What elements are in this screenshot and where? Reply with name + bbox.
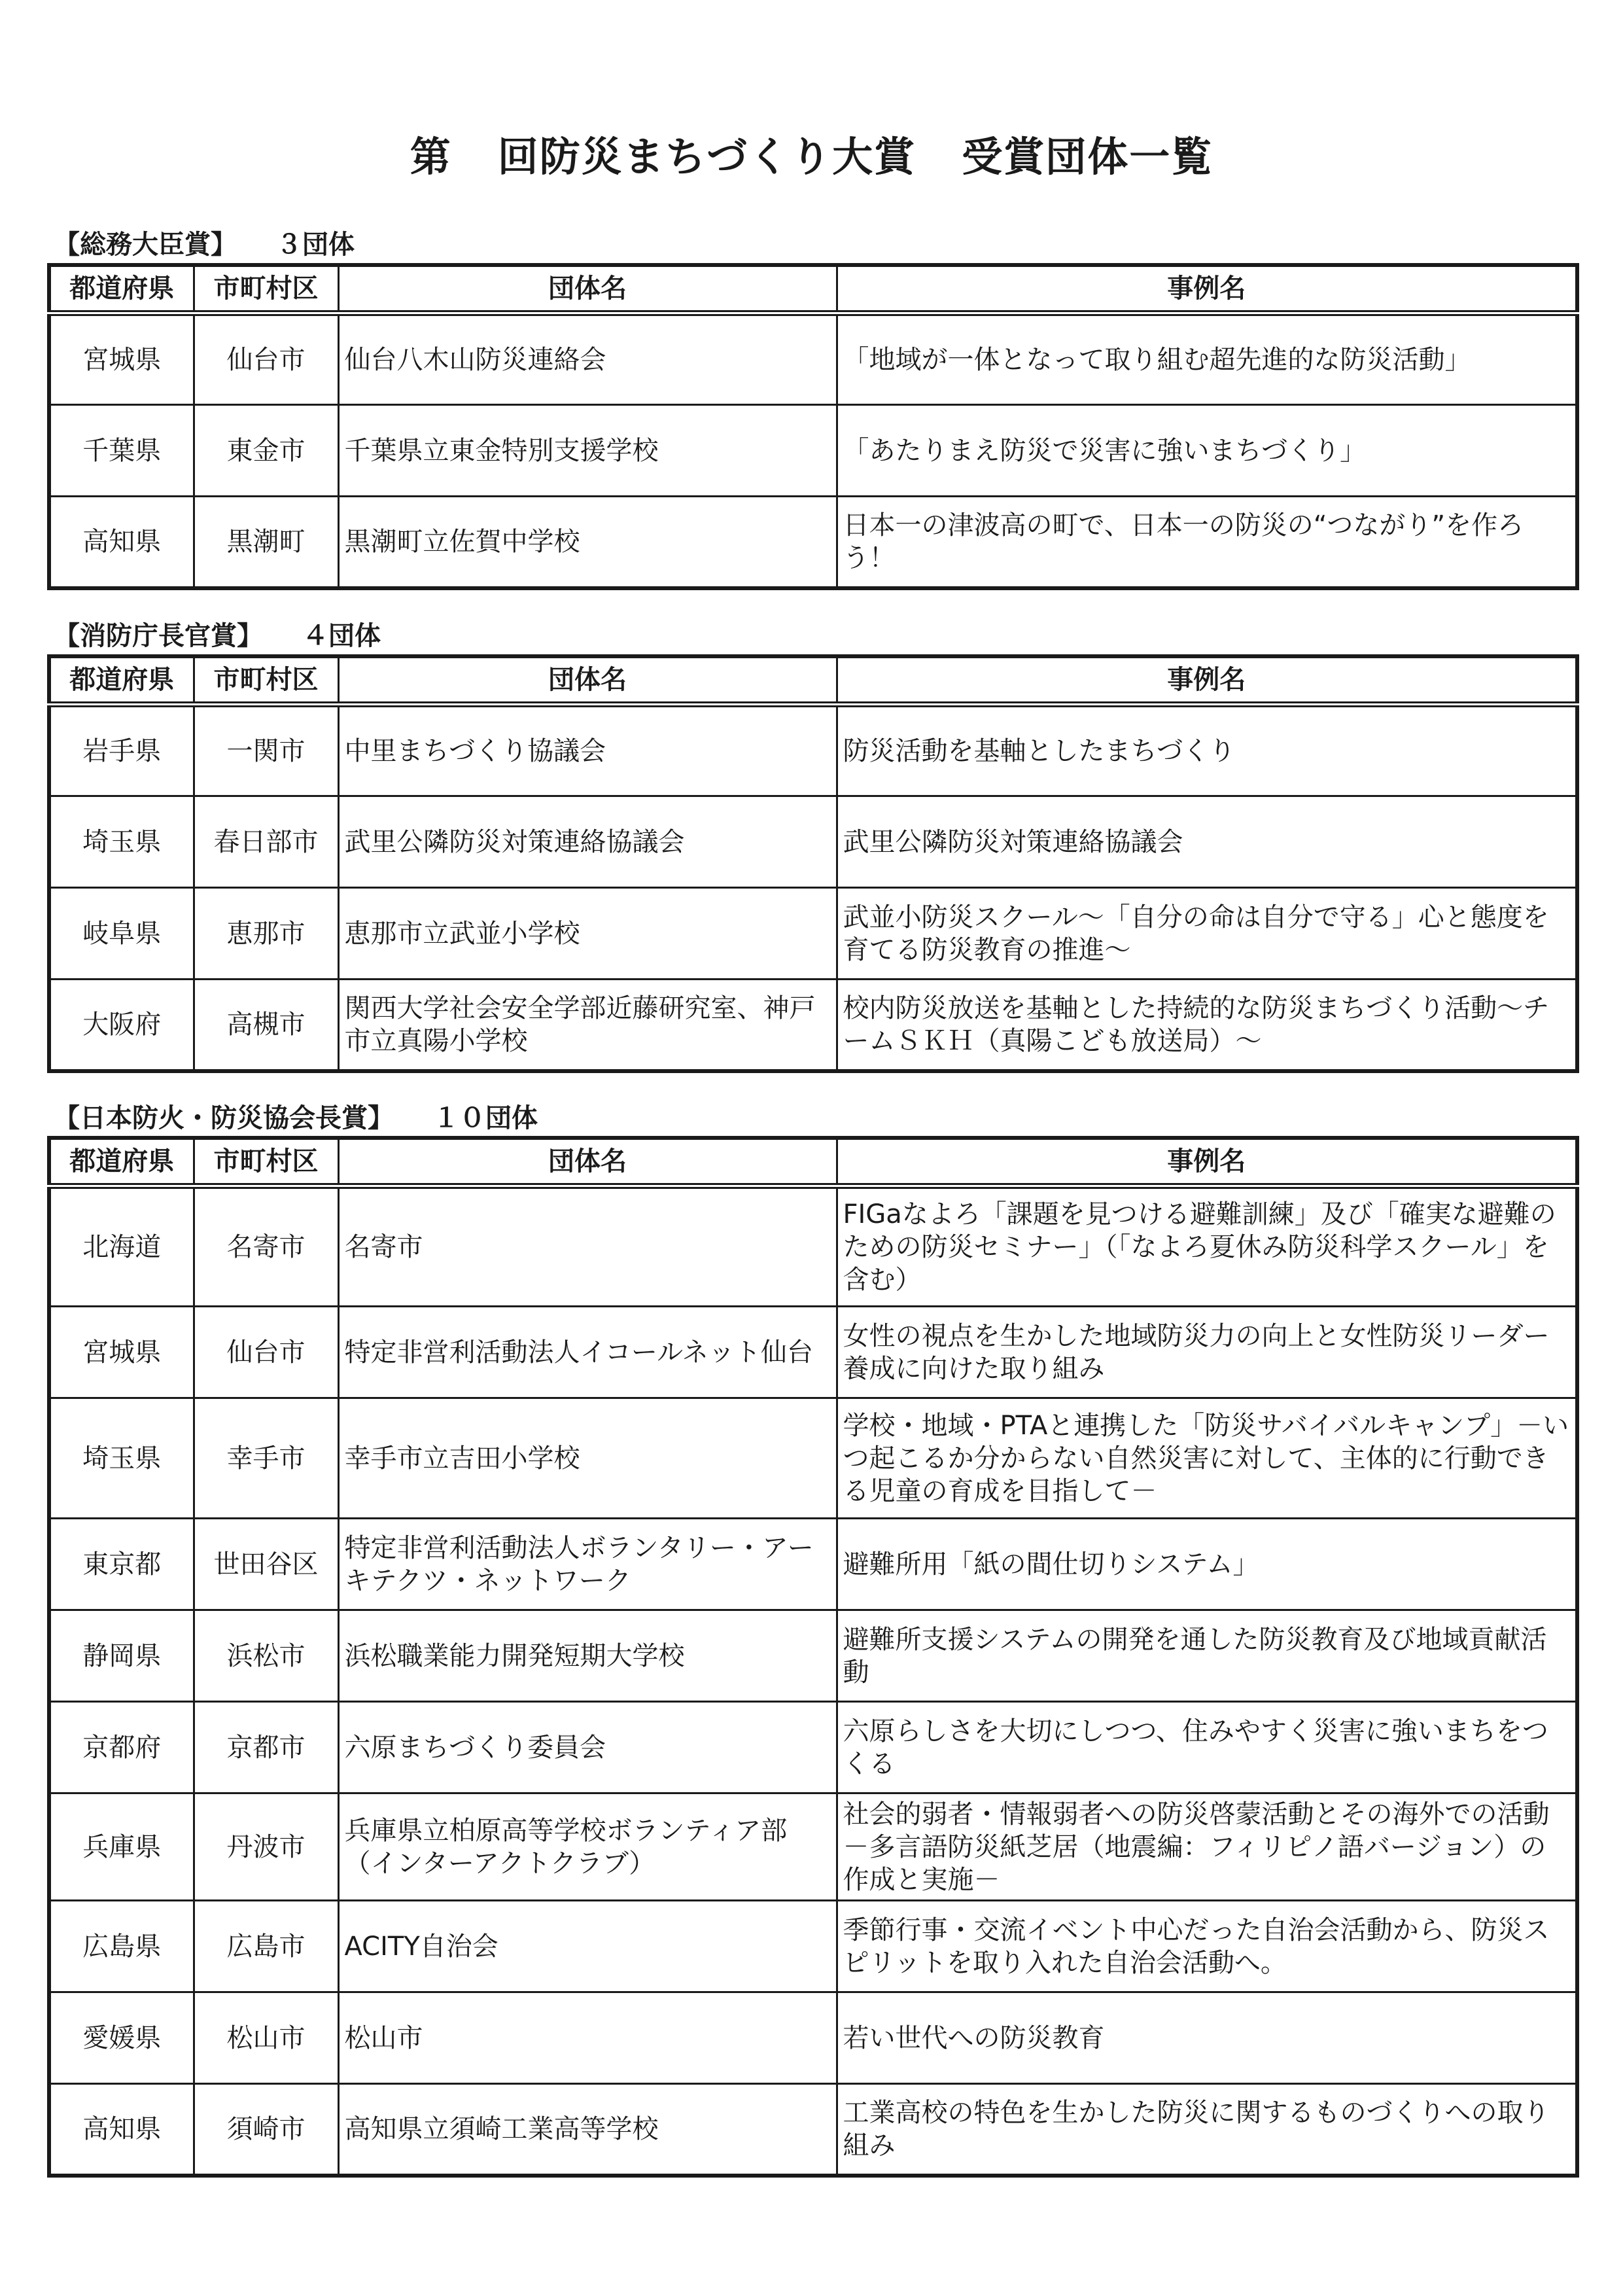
municipality-cell: 広島市 [194,1901,338,1992]
organization-cell: 関西大学社会安全学部近藤研究室、神戸市立真陽小学校 [338,980,837,1071]
table-row: 岩手県一関市中里まちづくり協議会防災活動を基軸としたまちづくり [49,705,1577,796]
table-row: 広島県広島市ACITY自治会季節行事・交流イベント中心だった自治会活動から、防災… [49,1901,1577,1992]
prefecture-cell: 岩手県 [49,705,194,796]
prefecture-cell: 埼玉県 [49,1398,194,1519]
municipality-cell: 恵那市 [194,888,338,980]
header-prefecture: 都道府県 [49,656,194,705]
organization-cell: 恵那市立武並小学校 [338,888,837,980]
municipality-cell: 松山市 [194,1992,338,2084]
organization-cell: 松山市 [338,1992,837,2084]
municipality-cell: 須崎市 [194,2084,338,2176]
prefecture-cell: 大阪府 [49,980,194,1071]
prefecture-cell: 愛媛県 [49,1992,194,2084]
organization-cell: 黒潮町立佐賀中学校 [338,497,837,588]
municipality-cell: 幸手市 [194,1398,338,1519]
table-row: 北海道名寄市名寄市FIGaなよろ「課題を見つける避難訓練」及び「確実な避難のため… [49,1186,1577,1307]
header-municipality: 市町村区 [194,265,338,313]
organization-cell: 特定非営利活動法人ボランタリー・アーキテクツ・ネットワーク [338,1519,837,1610]
table-row: 宮城県仙台市仙台八木山防災連絡会「地域が一体となって取り組む超先進的な防災活動」 [49,313,1577,405]
table-row: 高知県黒潮町黒潮町立佐賀中学校日本一の津波高の町で、日本一の防災の“つながり”を… [49,497,1577,588]
award-table-fdma: 都道府県 市町村区 団体名 事例名 岩手県一関市中里まちづくり協議会防災活動を基… [47,654,1579,1073]
case-cell: 日本一の津波高の町で、日本一の防災の“つながり”を作ろう！ [837,497,1577,588]
case-cell: 「あたりまえ防災で災害に強いまちづくり」 [837,405,1577,497]
header-prefecture: 都道府県 [49,1138,194,1186]
case-cell: FIGaなよろ「課題を見つける避難訓練」及び「確実な避難のための防災セミナー」（… [837,1186,1577,1307]
title-prefix: 第 [410,133,452,181]
header-case: 事例名 [837,1138,1577,1186]
case-cell: 学校・地域・PTAと連携した「防災サバイバルキャンプ」－いつ起こるか分からない自… [837,1398,1577,1519]
case-cell: 若い世代への防災教育 [837,1992,1577,2084]
organization-cell: 名寄市 [338,1186,837,1307]
title-suffix: 受賞団体一覧 [962,133,1213,181]
municipality-cell: 春日部市 [194,796,338,888]
section-count: ４団体 [302,621,381,651]
table-header-row: 都道府県 市町村区 団体名 事例名 [49,656,1577,705]
organization-cell: 特定非営利活動法人イコールネット仙台 [338,1307,837,1398]
organization-cell: 兵庫県立柏原高等学校ボランティア部（インターアクトクラブ） [338,1793,837,1901]
prefecture-cell: 東京都 [49,1519,194,1610]
municipality-cell: 仙台市 [194,313,338,405]
table-row: 京都府京都市六原まちづくり委員会六原らしさを大切にしつつ、住みやすく災害に強いま… [49,1702,1577,1793]
case-cell: 工業高校の特色を生かした防災に関するものづくりへの取り組み [837,2084,1577,2176]
municipality-cell: 一関市 [194,705,338,796]
organization-cell: 千葉県立東金特別支援学校 [338,405,837,497]
header-organization: 団体名 [338,656,837,705]
organization-cell: 仙台八木山防災連絡会 [338,313,837,405]
case-cell: 六原らしさを大切にしつつ、住みやすく災害に強いまちをつくる [837,1702,1577,1793]
case-cell: 社会的弱者・情報弱者への防災啓蒙活動とその海外での活動－多言語防災紙芝居（地震編… [837,1793,1577,1901]
table-row: 千葉県東金市千葉県立東金特別支援学校「あたりまえ防災で災害に強いまちづくり」 [49,405,1577,497]
prefecture-cell: 北海道 [49,1186,194,1307]
table-row: 大阪府高槻市関西大学社会安全学部近藤研究室、神戸市立真陽小学校校内防災放送を基軸… [49,980,1577,1071]
municipality-cell: 京都市 [194,1702,338,1793]
table-row: 静岡県浜松市浜松職業能力開発短期大学校避難所支援システムの開発を通した防災教育及… [49,1610,1577,1702]
table-header-row: 都道府県 市町村区 団体名 事例名 [49,265,1577,313]
organization-cell: 幸手市立吉田小学校 [338,1398,837,1519]
organization-cell: 六原まちづくり委員会 [338,1702,837,1793]
prefecture-cell: 京都府 [49,1702,194,1793]
award-table-association: 都道府県 市町村区 団体名 事例名 北海道名寄市名寄市FIGaなよろ「課題を見つ… [47,1136,1579,2178]
case-cell: 校内防災放送を基軸とした持続的な防災まちづくり活動～チームＳＫＨ（真陽こども放送… [837,980,1577,1071]
prefecture-cell: 兵庫県 [49,1793,194,1901]
municipality-cell: 浜松市 [194,1610,338,1702]
table-row: 高知県須崎市高知県立須崎工業高等学校工業高校の特色を生かした防災に関するものづく… [49,2084,1577,2176]
section-count: １０団体 [433,1103,538,1133]
case-cell: 武里公隣防災対策連絡協議会 [837,796,1577,888]
title-main: 回防災まちづくり大賞 [498,133,916,181]
table-row: 愛媛県松山市松山市若い世代への防災教育 [49,1992,1577,2084]
table-row: 埼玉県幸手市幸手市立吉田小学校学校・地域・PTAと連携した「防災サバイバルキャン… [49,1398,1577,1519]
section-count: ３団体 [276,230,355,260]
municipality-cell: 名寄市 [194,1186,338,1307]
prefecture-cell: 広島県 [49,1901,194,1992]
prefecture-cell: 宮城県 [49,1307,194,1398]
page-title: 第回防災まちづくり大賞受賞団体一覧 [0,124,1623,183]
header-prefecture: 都道府県 [49,265,194,313]
municipality-cell: 黒潮町 [194,497,338,588]
municipality-cell: 高槻市 [194,980,338,1071]
header-municipality: 市町村区 [194,1138,338,1186]
case-cell: 避難所用「紙の間仕切りシステム」 [837,1519,1577,1610]
header-organization: 団体名 [338,265,837,313]
section-label-association: 【日本防火・防災協会長賞】１０団体 [54,1097,538,1135]
table-row: 岐阜県恵那市恵那市立武並小学校武並小防災スクール～「自分の命は自分で守る」心と態… [49,888,1577,980]
section-name: 【総務大臣賞】 [54,230,237,260]
case-cell: 季節行事・交流イベント中心だった自治会活動から、防災スピリットを取り入れた自治会… [837,1901,1577,1992]
prefecture-cell: 高知県 [49,2084,194,2176]
case-cell: 「地域が一体となって取り組む超先進的な防災活動」 [837,313,1577,405]
municipality-cell: 丹波市 [194,1793,338,1901]
header-municipality: 市町村区 [194,656,338,705]
section-name: 【日本防火・防災協会長賞】 [54,1103,394,1133]
prefecture-cell: 岐阜県 [49,888,194,980]
organization-cell: ACITY自治会 [338,1901,837,1992]
table-row: 埼玉県春日部市武里公隣防災対策連絡協議会武里公隣防災対策連絡協議会 [49,796,1577,888]
section-label-fdma: 【消防庁長官賞】４団体 [54,615,381,652]
section-label-minister: 【総務大臣賞】３団体 [54,224,355,261]
organization-cell: 中里まちづくり協議会 [338,705,837,796]
organization-cell: 浜松職業能力開発短期大学校 [338,1610,837,1702]
prefecture-cell: 埼玉県 [49,796,194,888]
section-name: 【消防庁長官賞】 [54,621,263,651]
case-cell: 女性の視点を生かした地域防災力の向上と女性防災リーダー養成に向けた取り組み [837,1307,1577,1398]
prefecture-cell: 千葉県 [49,405,194,497]
table-row: 東京都世田谷区特定非営利活動法人ボランタリー・アーキテクツ・ネットワーク避難所用… [49,1519,1577,1610]
header-case: 事例名 [837,265,1577,313]
municipality-cell: 世田谷区 [194,1519,338,1610]
municipality-cell: 仙台市 [194,1307,338,1398]
organization-cell: 高知県立須崎工業高等学校 [338,2084,837,2176]
header-organization: 団体名 [338,1138,837,1186]
table-header-row: 都道府県 市町村区 団体名 事例名 [49,1138,1577,1186]
case-cell: 避難所支援システムの開発を通した防災教育及び地域貢献活動 [837,1610,1577,1702]
table-row: 宮城県仙台市特定非営利活動法人イコールネット仙台女性の視点を生かした地域防災力の… [49,1307,1577,1398]
prefecture-cell: 静岡県 [49,1610,194,1702]
award-table-minister: 都道府県 市町村区 団体名 事例名 宮城県仙台市仙台八木山防災連絡会「地域が一体… [47,263,1579,590]
prefecture-cell: 高知県 [49,497,194,588]
table-row: 兵庫県丹波市兵庫県立柏原高等学校ボランティア部（インターアクトクラブ）社会的弱者… [49,1793,1577,1901]
prefecture-cell: 宮城県 [49,313,194,405]
case-cell: 防災活動を基軸としたまちづくり [837,705,1577,796]
case-cell: 武並小防災スクール～「自分の命は自分で守る」心と態度を育てる防災教育の推進～ [837,888,1577,980]
municipality-cell: 東金市 [194,405,338,497]
organization-cell: 武里公隣防災対策連絡協議会 [338,796,837,888]
header-case: 事例名 [837,656,1577,705]
